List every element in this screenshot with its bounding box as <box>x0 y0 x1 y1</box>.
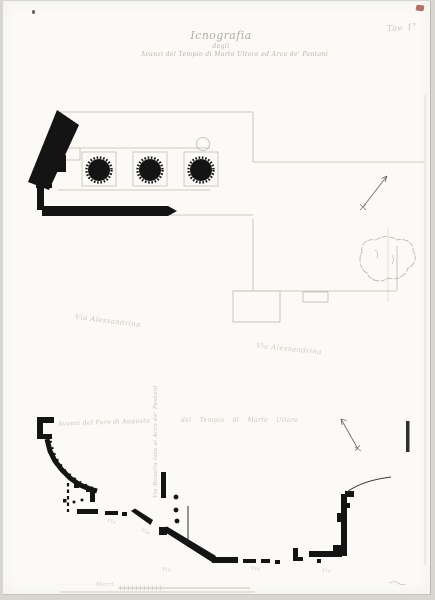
curved-wall-line <box>347 477 391 492</box>
column-2 <box>138 158 163 183</box>
portico-columns <box>82 152 218 186</box>
wall-fragments-dashes <box>105 509 153 526</box>
column-1 <box>87 158 112 183</box>
lower-plan <box>37 417 410 564</box>
plan-drawing <box>0 0 435 600</box>
north-arrow-icon <box>341 419 361 451</box>
hemicycle-corner-block <box>37 417 54 439</box>
faint-scribble <box>390 582 406 585</box>
wall-fragment-via-bonella <box>161 472 166 498</box>
column-3 <box>189 158 214 183</box>
solid-wall-south <box>42 206 177 216</box>
fluted-column-shafts <box>87 158 214 183</box>
margin-bar <box>406 421 410 452</box>
hemicycle-wall <box>47 439 97 491</box>
column-base-dots <box>174 495 180 524</box>
scale-bar <box>60 582 406 593</box>
upper-plan <box>28 110 424 322</box>
fold-lines <box>388 95 425 565</box>
north-arrow-icon <box>360 176 387 210</box>
pencil-circle-sketch <box>197 138 210 151</box>
pencil-outline-walls <box>58 112 424 322</box>
